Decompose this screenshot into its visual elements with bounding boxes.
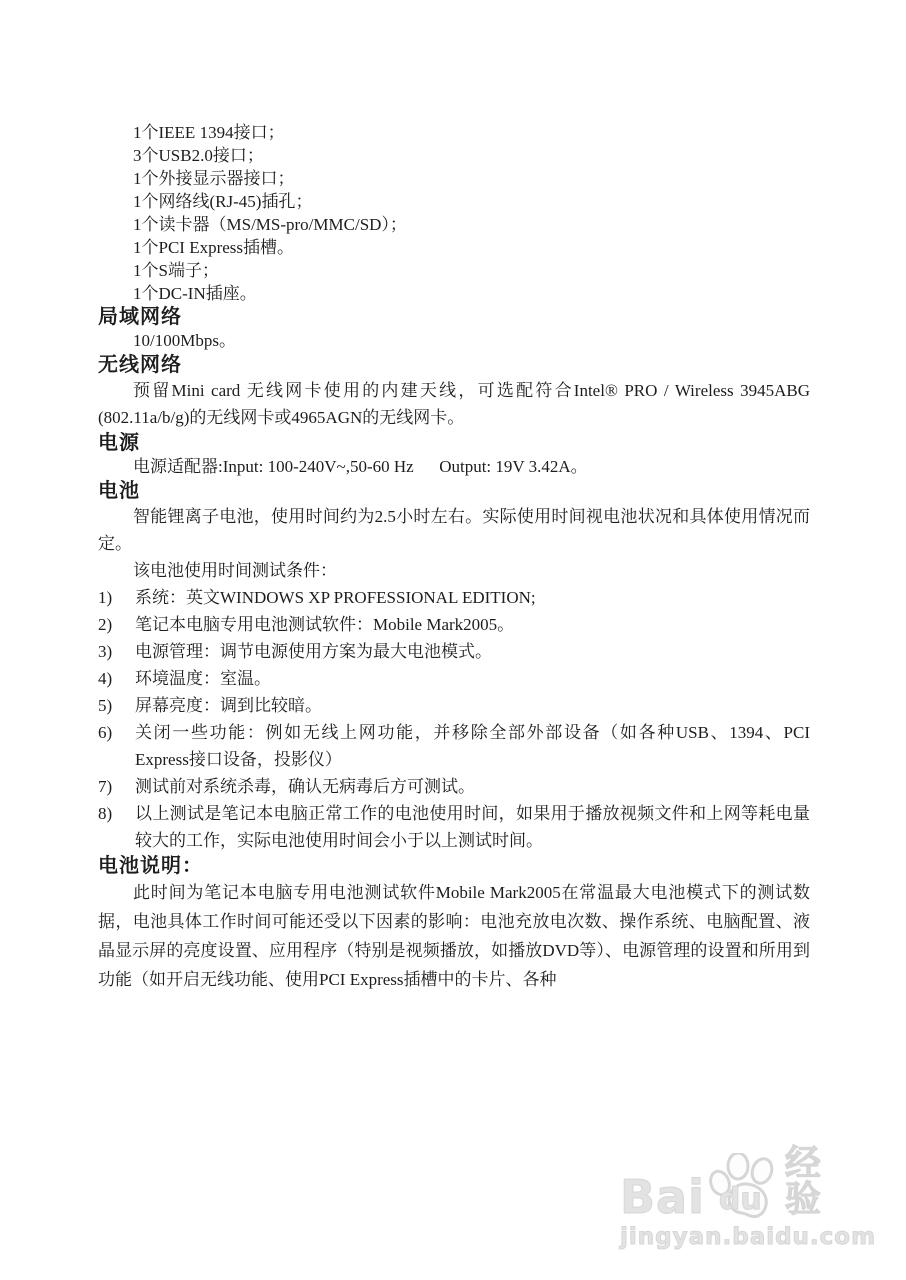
wireless-paragraph: 预留Mini card 无线网卡使用的内建天线，可选配符合Intel® PRO … (98, 377, 810, 431)
battery-note-paragraph: 此时间为笔记本电脑专用电池测试软件Mobile Mark2005在常温最大电池模… (98, 878, 810, 994)
battery-test-list: 1) 系统：英文WINDOWS XP PROFESSIONAL EDITION;… (98, 584, 810, 854)
battery-test-item-text: 系统：英文WINDOWS XP PROFESSIONAL EDITION; (135, 584, 810, 611)
baidu-logo-text: Bai du 经验 (620, 1146, 860, 1220)
battery-test-item: 7) 测试前对系统杀毒，确认无病毒后方可测试。 (98, 773, 810, 800)
section-heading-power: 电源 (98, 431, 810, 455)
port-list-item: 1个S端子； (98, 259, 810, 282)
battery-test-item: 8) 以上测试是笔记本电脑正常工作的电池使用时间，如果用于播放视频文件和上网等耗… (98, 800, 810, 854)
battery-test-item-number: 5) (98, 692, 135, 719)
battery-test-item-text: 笔记本电脑专用电池测试软件：Mobile Mark2005。 (135, 611, 810, 638)
baidu-jingyan-text: 经验 (785, 1146, 860, 1218)
section-heading-battery-note: 电池说明： (98, 854, 810, 878)
baidu-paw-icon: du (706, 1153, 784, 1223)
battery-test-item-text: 以上测试是笔记本电脑正常工作的电池使用时间，如果用于播放视频文件和上网等耗电量较… (135, 800, 810, 854)
baidu-logo-du: du (719, 1185, 762, 1215)
battery-test-item: 1) 系统：英文WINDOWS XP PROFESSIONAL EDITION; (98, 584, 810, 611)
battery-test-item: 2) 笔记本电脑专用电池测试软件：Mobile Mark2005。 (98, 611, 810, 638)
port-list-item: 3个USB2.0接口； (98, 144, 810, 167)
port-list-item: 1个PCI Express插槽。 (98, 236, 810, 259)
section-heading-lan: 局域网络 (98, 305, 810, 329)
battery-test-item-text: 屏幕亮度：调到比较暗。 (135, 692, 810, 719)
port-list-item: 1个IEEE 1394接口； (98, 121, 810, 144)
power-adapter-text: 电源适配器:Input: 100-240V~,50-60 Hz Output: … (98, 455, 810, 479)
baidu-watermark: Bai du 经验 jingyan.baidu.com (620, 1146, 860, 1249)
battery-test-item-number: 7) (98, 773, 135, 800)
battery-test-item: 3) 电源管理：调节电源使用方案为最大电池模式。 (98, 638, 810, 665)
section-heading-battery: 电池 (98, 479, 810, 503)
battery-test-conditions-label: 该电池使用时间测试条件： (98, 557, 810, 584)
port-list-item: 1个读卡器（MS/MS-pro/MMC/SD）； (98, 213, 810, 236)
port-list-item: 1个网络线(RJ-45)插孔； (98, 190, 810, 213)
battery-test-item-text: 环境温度：室温。 (135, 665, 810, 692)
battery-test-item-number: 6) (98, 719, 135, 773)
lan-speed-text: 10/100Mbps。 (98, 329, 810, 353)
battery-test-item-number: 1) (98, 584, 135, 611)
battery-test-item-number: 4) (98, 665, 135, 692)
baidu-logo-bai: Bai (620, 1174, 705, 1220)
watermark-url: jingyan.baidu.com (620, 1226, 860, 1249)
battery-test-item-number: 3) (98, 638, 135, 665)
port-list: 1个IEEE 1394接口； 3个USB2.0接口； 1个外接显示器接口； 1个… (98, 121, 810, 305)
document-page: 1个IEEE 1394接口； 3个USB2.0接口； 1个外接显示器接口； 1个… (98, 121, 810, 994)
battery-test-item-text: 电源管理：调节电源使用方案为最大电池模式。 (135, 638, 810, 665)
battery-test-item-text: 测试前对系统杀毒，确认无病毒后方可测试。 (135, 773, 810, 800)
battery-test-item: 5) 屏幕亮度：调到比较暗。 (98, 692, 810, 719)
port-list-item: 1个外接显示器接口； (98, 167, 810, 190)
port-list-item: 1个DC-IN插座。 (98, 282, 810, 305)
battery-test-item: 6) 关闭一些功能：例如无线上网功能，并移除全部外部设备（如各种USB、1394… (98, 719, 810, 773)
battery-test-item-number: 2) (98, 611, 135, 638)
battery-test-item-text: 关闭一些功能：例如无线上网功能，并移除全部外部设备（如各种USB、1394、PC… (135, 719, 810, 773)
battery-intro-paragraph: 智能锂离子电池，使用时间约为2.5小时左右。实际使用时间视电池状况和具体使用情况… (98, 503, 810, 557)
section-heading-wireless: 无线网络 (98, 353, 810, 377)
battery-test-item: 4) 环境温度：室温。 (98, 665, 810, 692)
battery-test-item-number: 8) (98, 800, 135, 854)
